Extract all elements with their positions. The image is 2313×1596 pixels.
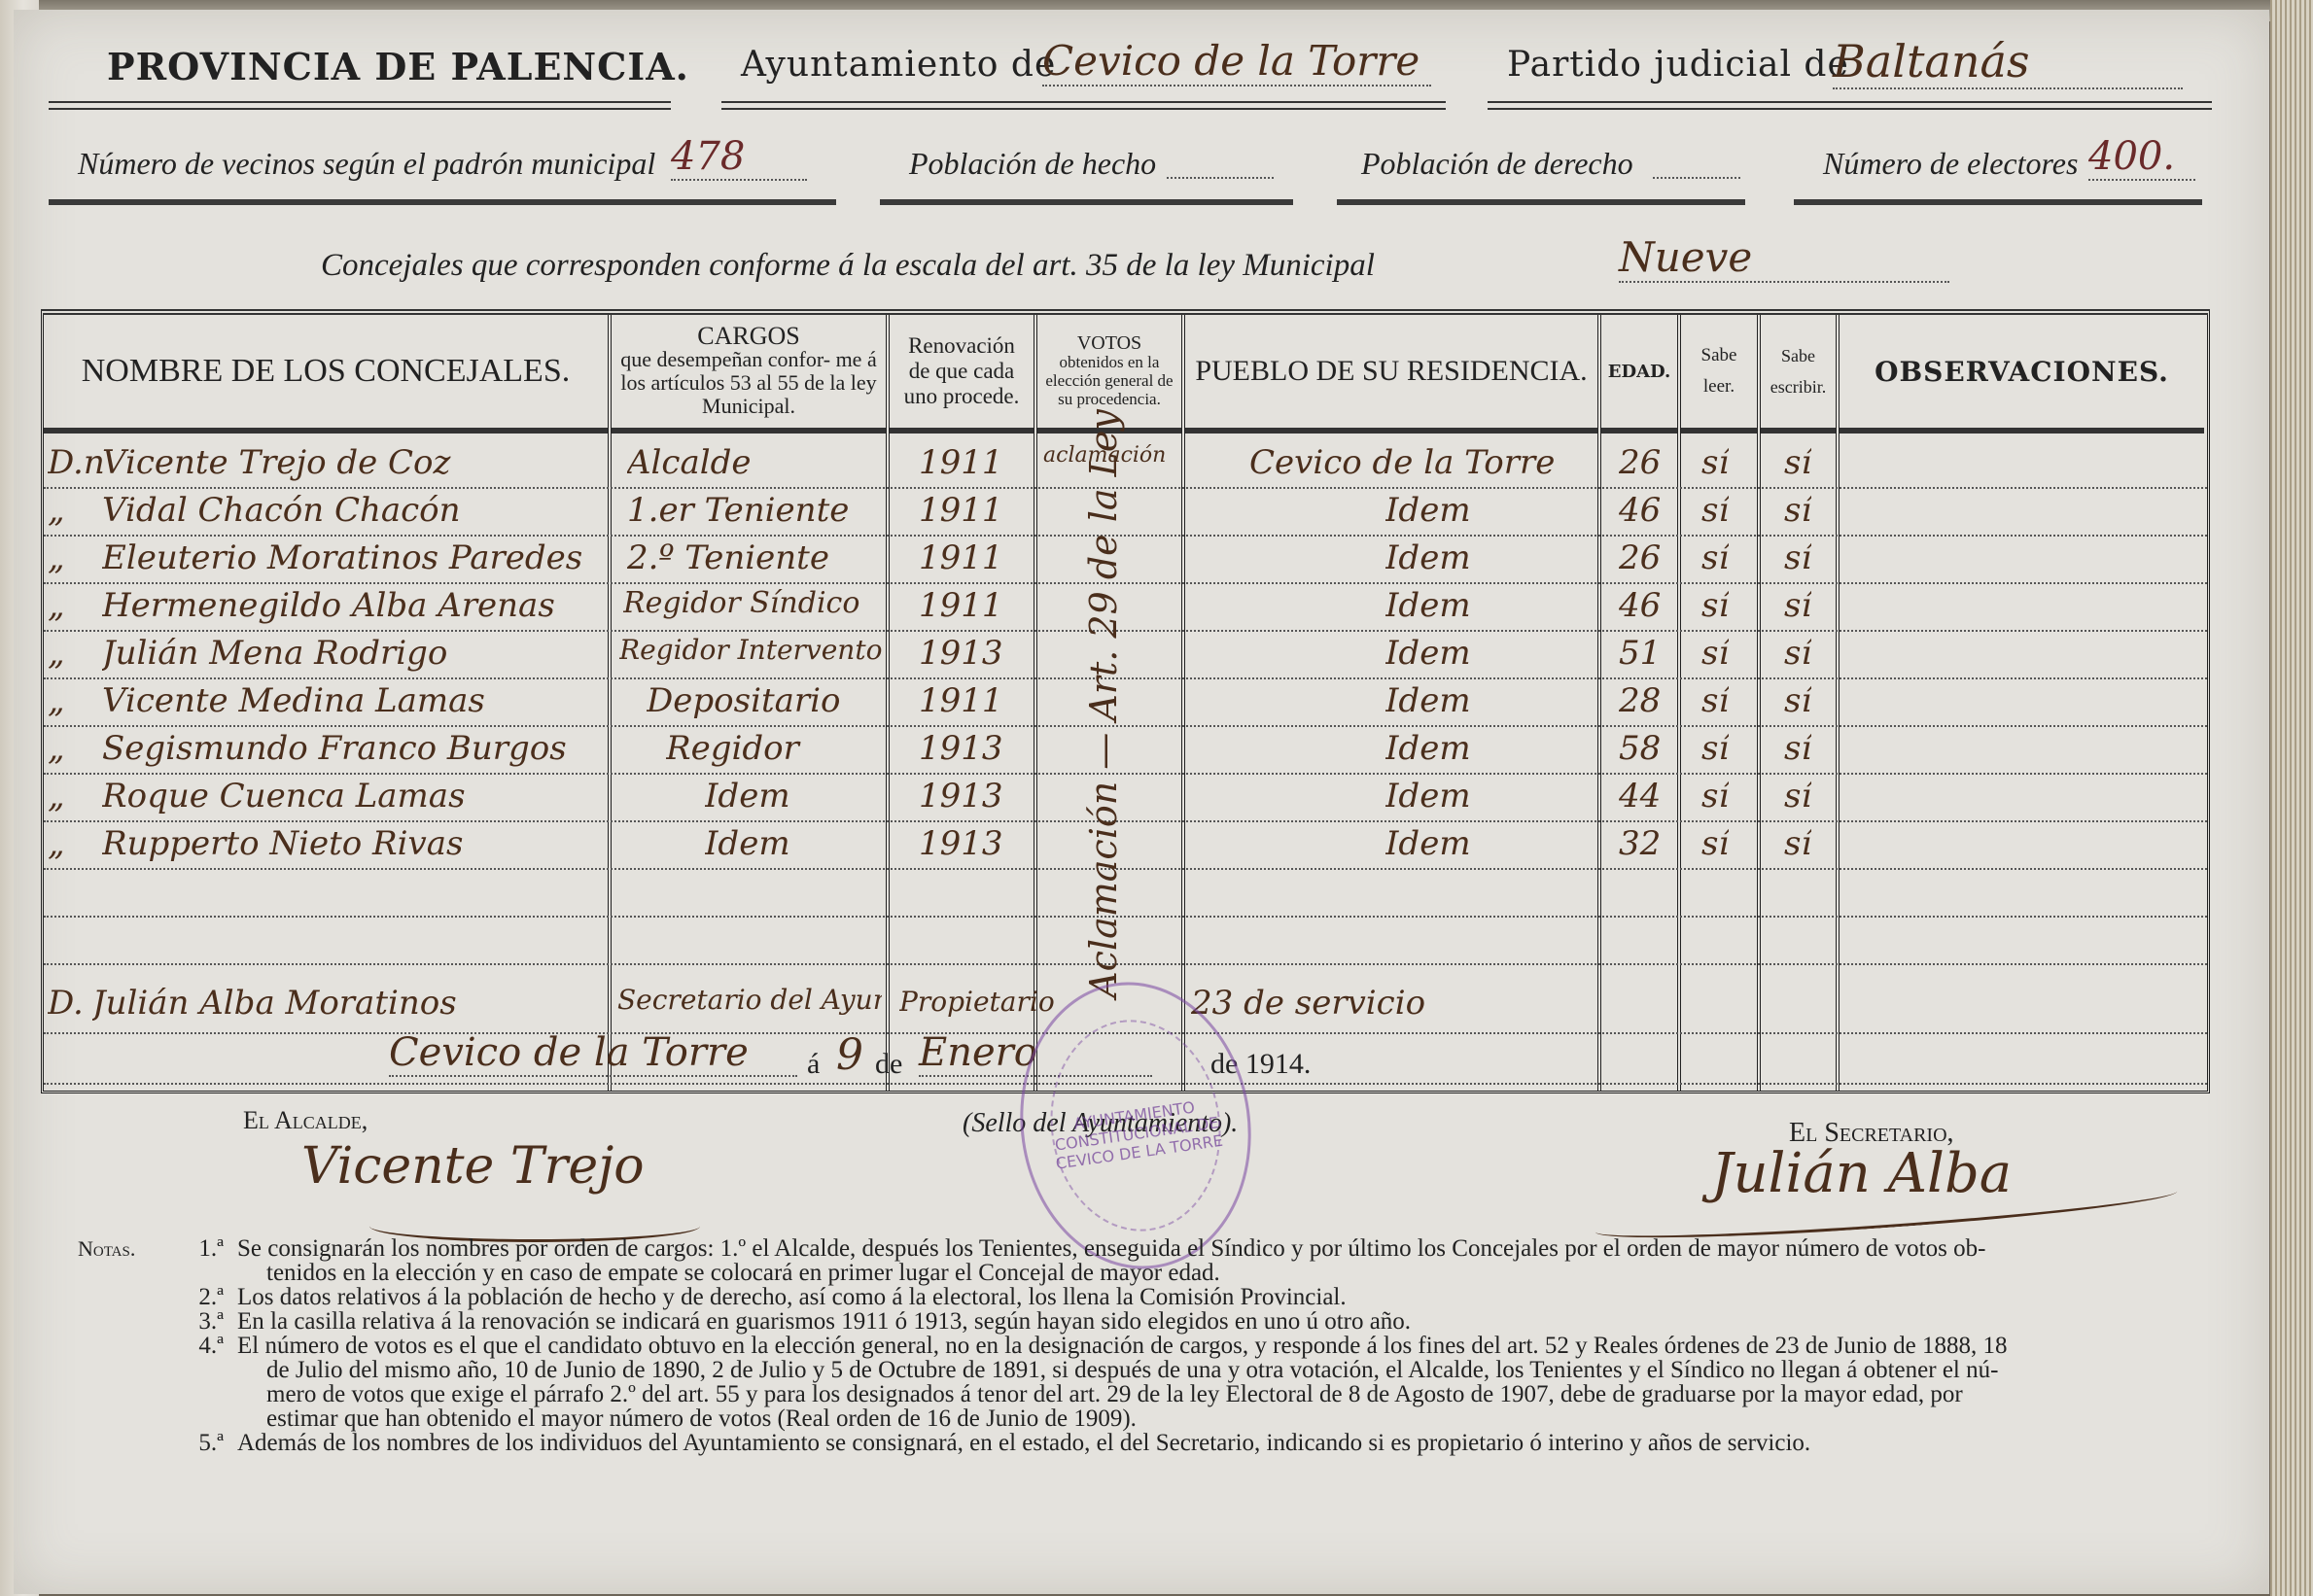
row-edad: 51 [1619,634,1661,673]
vecinos-value: 478 [671,134,807,181]
notes-label: Notas. [78,1236,156,1261]
notes-section: Notas.1.ªSe consignarán los nombres por … [78,1236,2158,1455]
row-renovacion: 1913 [919,777,1003,815]
poblacion-derecho-label: Población de derecho [1361,146,1633,182]
secretary-cargo: Secretario del Ayunt.to [617,984,882,1016]
header-pueblo: PUEBLO DE SU RESIDENCIA. [1185,315,1597,434]
row-prefix: „ [48,491,106,530]
note-line: mero de votos que exige el párrafo 2.º d… [78,1382,2158,1406]
ayuntamiento-label: Ayuntamiento de [741,45,1056,85]
row-leer: sí [1701,634,1729,673]
row-cargo: Regidor [666,729,880,768]
row-escribir: sí [1784,443,1811,482]
row-pueblo: Idem [1385,777,1471,815]
row-edad: 58 [1619,729,1661,768]
row-escribir: sí [1784,681,1811,720]
alcalde-label: El Alcalde, [243,1106,368,1135]
row-renovacion: 1911 [919,538,1003,577]
row-pueblo: Idem [1385,586,1471,625]
header-nombre: NOMBRE DE LOS CONCEJALES. [44,315,608,434]
note-text: En la casilla relativa á la renovación s… [237,1309,1411,1334]
row-edad: 32 [1619,824,1661,863]
row-renovacion: 1911 [919,681,1003,720]
note-line: tenidos en la elección y en caso de empa… [78,1261,2158,1285]
note-number: 1.ª [156,1236,237,1261]
header-rule [49,101,671,110]
row-pueblo: Idem [1385,538,1471,577]
row-prefix: „ [48,538,106,577]
note-number: 2.ª [156,1285,237,1309]
header-cargos: CARGOS que desempeñan confor- me á los a… [612,315,886,434]
row-nombre: Hermenegildo Alba Arenas [102,586,608,625]
header-sabe-escribir: Sabe escribir. [1761,315,1836,434]
note-line: Notas.1.ªSe consignarán los nombres por … [78,1236,2158,1261]
note-line: estimar que han obtenido el mayor número… [78,1406,2158,1431]
note-text: tenidos en la elección y en caso de empa… [237,1261,1220,1285]
concejales-label: Concejales que corresponden conforme á l… [321,248,1375,284]
row-renovacion: 1911 [919,443,1003,482]
header-cargos-title: CARGOS [697,325,799,348]
votos-vertical-text: Aclamación — Art. 29 de la Ley [1082,409,1125,998]
row-escribir: sí [1784,538,1811,577]
secretary-nombre: Julián Alba Moratinos [92,984,608,1023]
secretary-prefix: D. [48,984,84,1023]
row-edad: 46 [1619,586,1661,625]
row-renovacion: 1913 [919,729,1003,768]
row-prefix: „ [48,824,106,863]
row-leer: sí [1701,538,1729,577]
row-escribir: sí [1784,824,1811,863]
row-pueblo: Idem [1385,729,1471,768]
note-text: mero de votos que exige el párrafo 2.º d… [237,1382,1963,1406]
votos-vertical-note: Aclamación — Art. 29 de la Ley [1065,500,1142,908]
row-pueblo: Idem [1385,824,1471,863]
row-nombre: Rupperto Nieto Rivas [102,824,608,863]
dateline-place: Cevico de la Torre [389,1030,797,1077]
secretary-servicio: 23 de servicio [1191,984,1580,1023]
poblacion-derecho-value [1653,163,1740,179]
dateline-day: 9 [836,1030,863,1080]
row-pueblo: Idem [1385,634,1471,673]
row-prefix: „ [48,681,106,720]
row-cargo: Idem [705,777,880,815]
row-cargo: Depositario [647,681,880,720]
header-cargos-sub: que desempeñan confor- me á los artículo… [612,348,886,418]
row-nombre: Vicente Trejo de Coz [102,443,608,482]
ayuntamiento-value: Cevico de la Torre [1042,37,1431,87]
note-text: Se consignarán los nombres por orden de … [237,1236,1985,1261]
note-text: Además de los nombres de los individuos … [237,1431,1810,1455]
row-nombre: Segismundo Franco Burgos [102,729,608,768]
row-renovacion: 1913 [919,634,1003,673]
row-nombre: Vidal Chacón Chacón [102,491,608,530]
electores-value: 400. [2088,134,2195,181]
row-leer: sí [1701,824,1729,863]
row-renovacion: 1911 [919,491,1003,530]
concejales-value: Nueve [1619,233,1949,283]
row-renovacion: 1913 [919,824,1003,863]
row-leer: sí [1701,729,1729,768]
note-number [156,1261,237,1285]
population-rule [1337,199,1745,205]
poblacion-hecho-value [1167,163,1274,179]
population-rule [880,199,1293,205]
row-leer: sí [1701,443,1729,482]
secretary-situacion: Propietario [899,986,1084,1018]
row-renovacion: 1911 [919,586,1003,625]
row-nombre: Julián Mena Rodrigo [102,634,608,673]
row-leer: sí [1701,777,1729,815]
table-row: D.n Vicente Trejo de Coz Alcalde 1911 ac… [44,439,2207,489]
row-cargo: Regidor Interventor [619,634,884,666]
dateline-a: á [807,1048,820,1081]
row-escribir: sí [1784,491,1811,530]
row-prefix: „ [48,586,106,625]
note-text: El número de votos es el que el candidat… [237,1334,2008,1358]
note-line: 3.ªEn la casilla relativa á la renovació… [78,1309,2158,1334]
dateline-de: de [875,1048,902,1081]
header-rule [1488,101,2212,110]
row-pueblo: Idem [1385,491,1471,530]
concejales-table: NOMBRE DE LOS CONCEJALES. CARGOS que des… [41,309,2210,1093]
row-cargo: Alcalde [627,443,880,482]
note-number: 3.ª [156,1309,237,1334]
row-prefix: „ [48,634,106,673]
note-number: 4.ª [156,1334,237,1358]
note-text: de Julio del mismo año, 10 de Junio de 1… [237,1358,1998,1382]
row-cargo: Regidor Síndico [623,586,884,620]
row-edad: 44 [1619,777,1661,815]
row-pueblo: Cevico de la Torre [1249,443,1555,482]
row-leer: sí [1701,586,1729,625]
alcalde-signature: Vicente Trejo [301,1137,645,1196]
note-text: estimar que han obtenido el mayor número… [237,1406,1137,1431]
note-text: Los datos relativos á la población de he… [237,1285,1347,1309]
header-sabe-leer: Sabe leer. [1681,315,1757,434]
population-rule [49,199,836,205]
note-number [156,1382,237,1406]
note-number [156,1406,237,1431]
table-row-empty [44,916,2207,965]
row-edad: 46 [1619,491,1661,530]
note-line: 2.ªLos datos relativos á la población de… [78,1285,2158,1309]
electores-label: Número de electores [1823,146,2078,182]
row-nombre: Roque Cuenca Lamas [102,777,608,815]
note-line: 4.ªEl número de votos es el que el candi… [78,1334,2158,1358]
row-cargo: 2.º Teniente [627,538,880,577]
row-edad: 28 [1619,681,1661,720]
row-pueblo: Idem [1385,681,1471,720]
row-prefix: „ [48,729,106,768]
row-leer: sí [1701,491,1729,530]
note-line: 5.ªAdemás de los nombres de los individu… [78,1431,2158,1455]
row-cargo: Idem [705,824,880,863]
row-escribir: sí [1784,729,1811,768]
row-escribir: sí [1784,634,1811,673]
header-renovacion: Renovación de que cada uno procede. [890,315,1034,434]
note-number: 5.ª [156,1431,237,1455]
header-observaciones: OBSERVACIONES. [1840,315,2204,434]
row-edad: 26 [1619,443,1661,482]
partido-label: Partido judicial de [1507,45,1849,85]
note-line: de Julio del mismo año, 10 de Junio de 1… [78,1358,2158,1382]
header-votos-sub: obtenidos en la elección general de su p… [1037,353,1181,408]
row-cargo: 1.er Teniente [627,491,880,530]
row-edad: 26 [1619,538,1661,577]
province-title: PROVINCIA DE PALENCIA. [107,45,689,88]
row-prefix: D.n [48,443,106,482]
row-nombre: Vicente Medina Lamas [102,681,608,720]
row-nombre: Eleuterio Moratinos Paredes [102,538,608,577]
stamp-text: AYUNTAMIENTO CONSTITUCIONAL DE CEVICO DE… [1022,1091,1251,1176]
poblacion-hecho-label: Población de hecho [909,146,1156,182]
population-rule [1794,199,2202,205]
header-rule [721,101,1446,110]
header-votos-title: VOTOS [1077,334,1141,353]
header-edad: EDAD. [1601,315,1677,434]
row-prefix: „ [48,777,106,815]
row-escribir: sí [1784,586,1811,625]
note-number [156,1358,237,1382]
page-stack-edge [2270,0,2313,1596]
partido-value: Baltanás [1833,35,2183,89]
vecinos-label: Número de vecinos según el padrón munici… [78,146,655,182]
row-escribir: sí [1784,777,1811,815]
row-leer: sí [1701,681,1729,720]
